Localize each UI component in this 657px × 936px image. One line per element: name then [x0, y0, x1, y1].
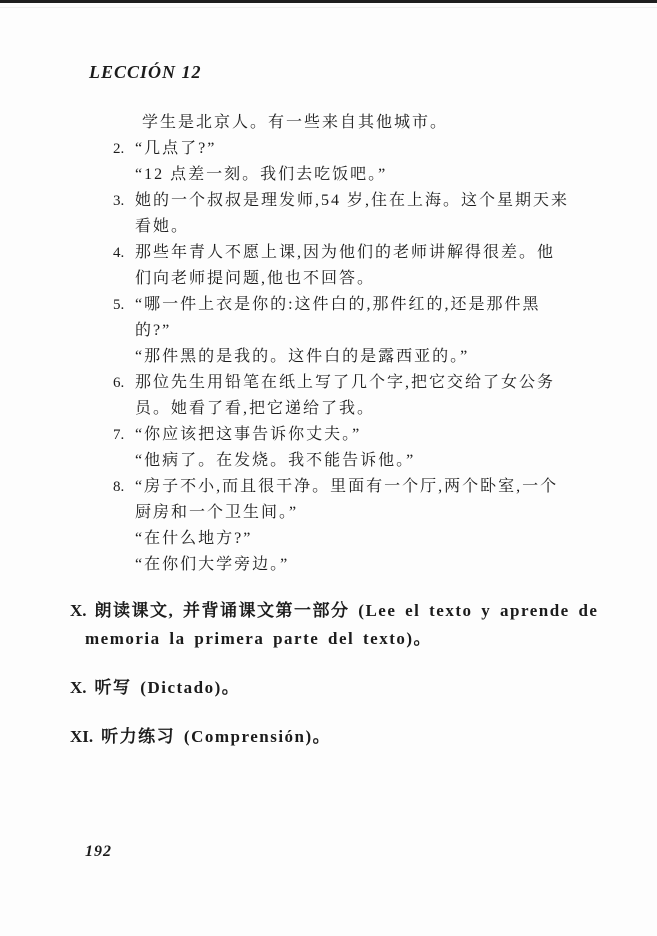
item-text: 那些年青人不愿上课,因为他们的老师讲解得很差。他 们向老师提问题,他也不回答。 [135, 240, 591, 292]
answer-line: 看她。 [135, 214, 591, 240]
section-text: 朗读课文, 并背诵课文第一部分 (Lee el texto y aprende … [95, 601, 599, 620]
list-item: 4. 那些年青人不愿上课,因为他们的老师讲解得很差。他 们向老师提问题,他也不回… [113, 240, 591, 292]
item-text: “你应该把这事告诉你丈夫。” “他病了。在发烧。我不能告诉他。” [135, 422, 591, 474]
answer-line: 厨房和一个卫生间。” [135, 500, 591, 526]
answer-line: “12 点差一刻。我们去吃饭吧。” [135, 162, 591, 188]
item-text: 那位先生用铅笔在纸上写了几个字,把它交给了女公务 员。她看了看,把它递给了我。 [135, 370, 591, 422]
section-line: X.朗读课文, 并背诵课文第一部分 (Lee el texto y aprend… [70, 597, 598, 625]
page-number: 192 [85, 843, 112, 861]
answer-line: 那位先生用铅笔在纸上写了几个字,把它交给了女公务 [135, 370, 591, 396]
section-label: XI. [70, 723, 93, 751]
answer-line: “房子不小,而且很干净。里面有一个厅,两个卧室,一个 [135, 474, 591, 500]
section-dictation: X.听写 (Dictado)。 [70, 674, 240, 702]
item-number: 2. [113, 136, 135, 188]
item-number: 8. [113, 474, 135, 578]
section-comprehension: XI.听力练习 (Comprensión)。 [70, 723, 331, 751]
answer-line: “在你们大学旁边。” [135, 552, 591, 578]
list-item: 6. 那位先生用铅笔在纸上写了几个字,把它交给了女公务 员。她看了看,把它递给了… [113, 370, 591, 422]
answer-line: “他病了。在发烧。我不能告诉他。” [135, 448, 591, 474]
list-item: 8. “房子不小,而且很干净。里面有一个厅,两个卧室,一个 厨房和一个卫生间。”… [113, 474, 591, 578]
answer-line: “你应该把这事告诉你丈夫。” [135, 422, 591, 448]
section-label: X. [70, 597, 87, 625]
section-label: X. [70, 674, 87, 702]
list-item: 5. “哪一件上衣是你的:这件白的,那件红的,还是那件黑 的?” “那件黑的是我… [113, 292, 591, 370]
item-text: “房子不小,而且很干净。里面有一个厅,两个卧室,一个 厨房和一个卫生间。” “在… [135, 474, 591, 578]
item-number: 5. [113, 292, 135, 370]
section-line: memoria la primera parte del texto)。 [85, 625, 598, 653]
answer-line: 她的一个叔叔是理发师,54 岁,住在上海。这个星期天来 [135, 188, 591, 214]
item-text: “哪一件上衣是你的:这件白的,那件红的,还是那件黑 的?” “那件黑的是我的。这… [135, 292, 591, 370]
item-number: 6. [113, 370, 135, 422]
item-text: “几点了?” “12 点差一刻。我们去吃饭吧。” [135, 136, 591, 188]
item-number: 7. [113, 422, 135, 474]
answer-line: 的?” [135, 318, 591, 344]
answer-line: “那件黑的是我的。这件白的是露西亚的。” [135, 344, 591, 370]
section-text: 听力练习 (Comprensión)。 [101, 727, 331, 746]
answer-line: “几点了?” [135, 136, 591, 162]
exercise-answer-list: 学生是北京人。有一些来自其他城市。 2. “几点了?” “12 点差一刻。我们去… [113, 110, 591, 578]
list-item: 2. “几点了?” “12 点差一刻。我们去吃饭吧。” [113, 136, 591, 188]
answer-line: 们向老师提问题,他也不回答。 [135, 266, 591, 292]
answer-intro-line: 学生是北京人。有一些来自其他城市。 [113, 110, 591, 136]
book-page: LECCIÓN 12 学生是北京人。有一些来自其他城市。 2. “几点了?” “… [0, 0, 657, 936]
answer-line: “在什么地方?” [135, 526, 591, 552]
answer-line: 员。她看了看,把它递给了我。 [135, 396, 591, 422]
scan-edge-top [0, 0, 657, 3]
section-text: 听写 (Dictado)。 [95, 678, 241, 697]
section-line: XI.听力练习 (Comprensión)。 [70, 723, 331, 751]
item-number: 3. [113, 188, 135, 240]
lesson-header: LECCIÓN 12 [89, 62, 202, 83]
answer-line: “哪一件上衣是你的:这件白的,那件红的,还是那件黑 [135, 292, 591, 318]
section-line: X.听写 (Dictado)。 [70, 674, 240, 702]
section-read-aloud: X.朗读课文, 并背诵课文第一部分 (Lee el texto y aprend… [70, 597, 598, 653]
scan-edge-faint [0, 7, 657, 8]
list-item: 3. 她的一个叔叔是理发师,54 岁,住在上海。这个星期天来 看她。 [113, 188, 591, 240]
list-item: 7. “你应该把这事告诉你丈夫。” “他病了。在发烧。我不能告诉他。” [113, 422, 591, 474]
item-number: 4. [113, 240, 135, 292]
item-text: 她的一个叔叔是理发师,54 岁,住在上海。这个星期天来 看她。 [135, 188, 591, 240]
answer-line: 那些年青人不愿上课,因为他们的老师讲解得很差。他 [135, 240, 591, 266]
